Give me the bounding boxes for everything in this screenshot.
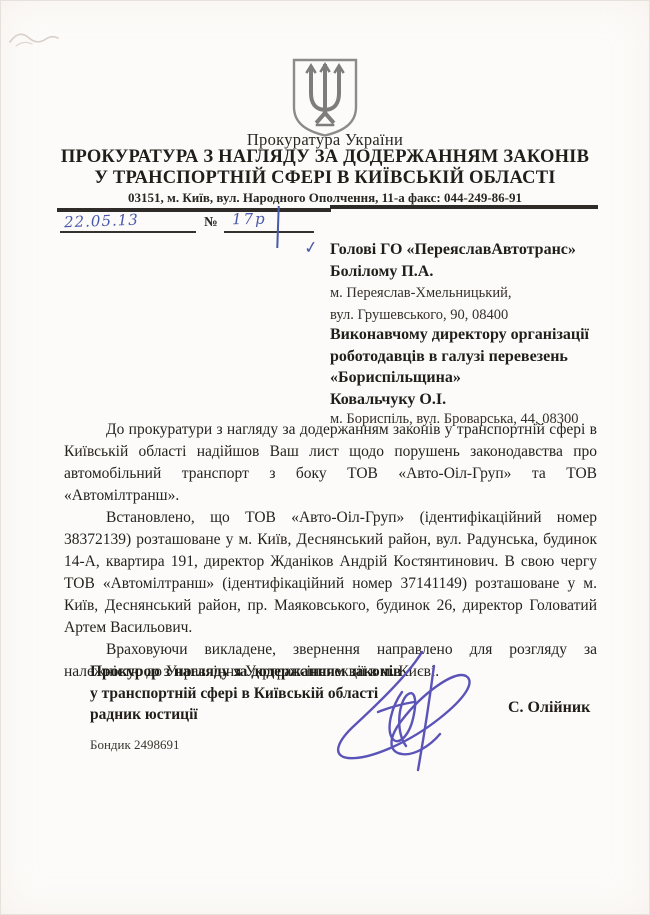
org-name-line2: У ТРАНСПОРТНІЙ СФЕРІ В КИЇВСЬКІЙ ОБЛАСТІ bbox=[0, 168, 650, 189]
scanned-letter-page: Прокуратура України ПРОКУРАТУРА З НАГЛЯД… bbox=[0, 0, 650, 915]
org-address-line: 03151, м. Київ, вул. Народного Ополчення… bbox=[0, 190, 650, 206]
number-underline bbox=[224, 231, 314, 233]
org-name-line1: ПРОКУРАТУРА З НАГЛЯДУ ЗА ДОДЕРЖАННЯМ ЗАК… bbox=[0, 147, 650, 168]
letter-body: До прокуратури з нагляду за додержанням … bbox=[64, 419, 597, 683]
recipient-block-1: Голові ГО «ПереяславАвтотранс» Болілому … bbox=[330, 239, 620, 325]
pencil-scribble-mark bbox=[6, 22, 66, 52]
ink-signature bbox=[318, 648, 488, 773]
recipient-block-2: Виконавчому директору організації робото… bbox=[330, 324, 620, 430]
signer-name: С. Олійник bbox=[508, 699, 590, 717]
body-paragraph-2: Встановлено, що ТОВ «Авто-Оіл-Груп» (іде… bbox=[64, 507, 597, 639]
recipient1-name-line: Болілому П.А. bbox=[330, 261, 620, 283]
pen-vertical-stroke bbox=[276, 206, 279, 248]
handwritten-checkmark-icon: ✓ bbox=[303, 237, 320, 259]
handwritten-outgoing-number: 17р bbox=[232, 210, 267, 229]
number-sign-label: № bbox=[204, 214, 218, 230]
recipient2-role-line1: Виконавчому директору організації bbox=[330, 324, 620, 346]
body-paragraph-1: До прокуратури з нагляду за додержанням … bbox=[64, 419, 597, 507]
letterhead-rule-right bbox=[330, 205, 598, 209]
date-underline bbox=[60, 231, 196, 233]
recipient2-role-line2: роботодавців в галузі перевезень bbox=[330, 346, 620, 368]
recipient1-role-line: Голові ГО «ПереяславАвтотранс» bbox=[330, 239, 620, 261]
executor-reference: Бондик 2498691 bbox=[90, 737, 180, 753]
ukraine-trident-emblem-icon bbox=[287, 57, 363, 137]
handwritten-date: 22.05.13 bbox=[64, 211, 139, 232]
recipient1-street-line: вул. Грушевського, 90, 08400 bbox=[330, 306, 620, 326]
recipient2-name-line: Ковальчуку О.І. bbox=[330, 389, 620, 411]
recipient1-city-line: м. Переяслав-Хмельницький, bbox=[330, 284, 620, 304]
recipient2-org-line: «Бориспільщина» bbox=[330, 367, 620, 389]
